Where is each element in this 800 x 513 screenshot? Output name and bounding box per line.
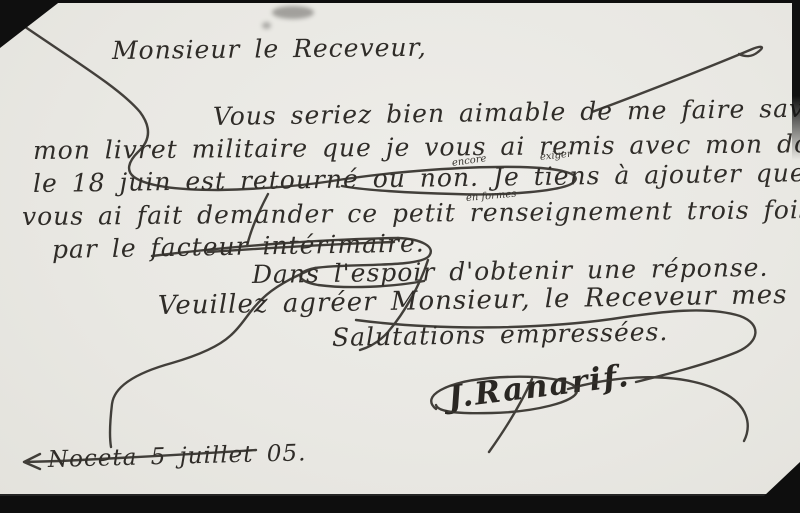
body-line-3: le 18 juin est retourné ou non. Je tiens… xyxy=(33,160,800,196)
body-line-4: vous ai fait demander ce petit renseigne… xyxy=(22,197,800,229)
photo-corner-bottom-right xyxy=(764,462,800,496)
salutation-line: Monsieur le Receveur, xyxy=(112,35,427,63)
ink-smudge-small xyxy=(262,22,271,29)
photo-edge-top xyxy=(0,0,800,3)
letter-photo: Monsieur le Receveur, Vous seriez bien a… xyxy=(0,0,800,513)
photo-edge-bottom xyxy=(0,494,800,513)
closing-line-3: Salutations empressées. xyxy=(332,319,669,350)
body-line-2: mon livret militaire que je vous ai remi… xyxy=(33,131,800,163)
body-line-1: Vous seriez bien aimable de me faire sav… xyxy=(213,95,800,129)
photo-edge-right xyxy=(792,0,800,160)
body-line-5: par le facteur intérimaire. xyxy=(52,230,425,262)
signature: J.Ranarif. xyxy=(446,361,632,414)
ink-smudge xyxy=(272,6,314,19)
photo-corner-top-left xyxy=(0,0,62,48)
dateline: Noceta 5 juillet 05. xyxy=(48,442,307,472)
